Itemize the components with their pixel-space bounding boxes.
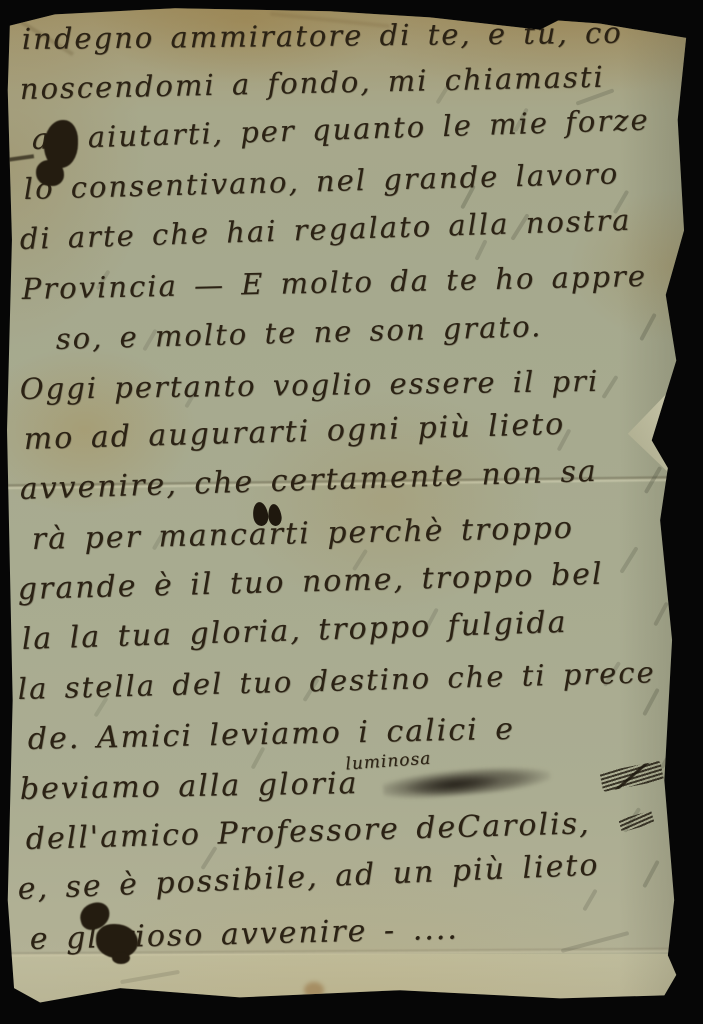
handwriting-text: indegno ammiratore di te, e tu, co [22, 16, 623, 56]
handwriting-block: indegno ammiratore di te, e tu, co nosce… [10, 22, 698, 972]
bleed-through-stroke [660, 505, 676, 530]
scribble-mark [618, 811, 654, 833]
struck-out-word [600, 761, 665, 792]
handwriting-text: Oggi pertanto voglio essere il pri [20, 364, 600, 406]
handwriting-text: beviamo alla gloria [20, 766, 359, 807]
ink-blot-left-margin [44, 120, 78, 168]
photo-background: indegno ammiratore di te, e tu, co nosce… [0, 0, 703, 1024]
brown-stain-spot [304, 982, 324, 998]
ink-blot-bottom [112, 952, 130, 964]
letter-page: indegno ammiratore di te, e tu, co nosce… [0, 0, 703, 1024]
